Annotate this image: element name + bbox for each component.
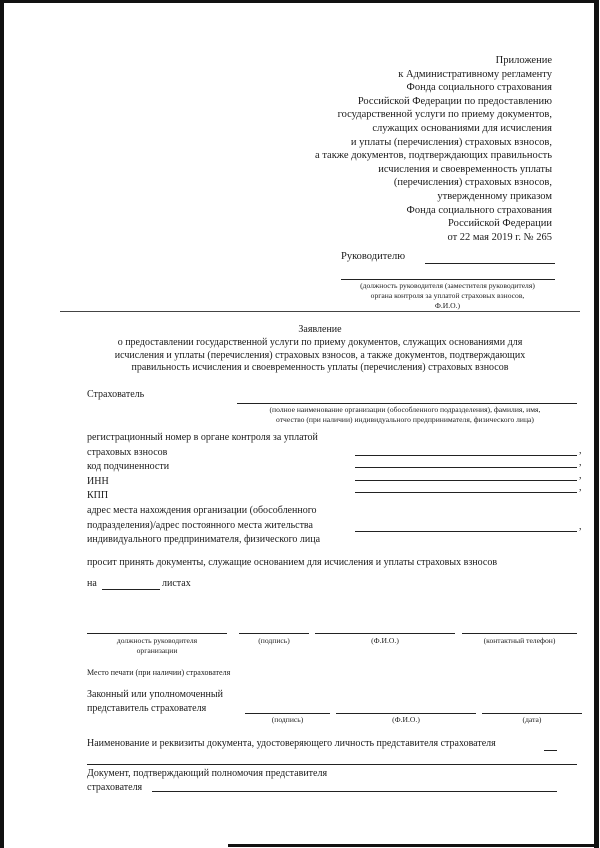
rep-name-caption: (Ф.И.О.) bbox=[336, 715, 476, 725]
header-line: Приложение bbox=[232, 54, 552, 68]
seal-note: Место печати (при наличии) страхователя bbox=[87, 668, 230, 677]
title-line: правильность исчисления и своевременност… bbox=[60, 362, 580, 375]
header-line: служащих основаниями для исчисления bbox=[232, 122, 552, 136]
label-line: Документ, подтверждающий полномочия пред… bbox=[87, 767, 327, 781]
kpp-label: КПП bbox=[87, 489, 320, 504]
header-line: от 22 мая 2019 г. № 265 bbox=[232, 231, 552, 245]
comma: , bbox=[579, 457, 582, 468]
authority-document-label: Документ, подтверждающий полномочия пред… bbox=[87, 767, 327, 794]
addressee-caption: (должность руководителя (заместителя рук… bbox=[330, 281, 565, 311]
scan-border-right bbox=[594, 0, 599, 848]
appendix-header: Приложение к Административному регламент… bbox=[232, 54, 552, 244]
reg-number-field[interactable] bbox=[355, 455, 577, 456]
address-label: адрес места нахождения организации (обос… bbox=[87, 504, 320, 519]
caption-line: (полное наименование организации (обособ… bbox=[225, 405, 585, 415]
scan-border-bottom bbox=[228, 844, 596, 847]
addressee-position-field[interactable] bbox=[341, 279, 555, 280]
id-document-field[interactable] bbox=[87, 764, 577, 765]
reg-number-label: страховых взносов bbox=[87, 446, 320, 461]
scan-border-left bbox=[0, 0, 4, 848]
header-line: Российской Федерации bbox=[232, 217, 552, 231]
statement-heading: Заявление bbox=[60, 324, 580, 337]
address-label: подразделения)/адрес постоянного места ж… bbox=[87, 519, 320, 534]
position-caption: должность руководителя организации bbox=[87, 636, 227, 656]
rep-name-field[interactable] bbox=[336, 713, 476, 714]
kpp-field[interactable] bbox=[355, 492, 577, 493]
section-divider bbox=[60, 311, 580, 312]
rep-date-caption: (дата) bbox=[482, 715, 582, 725]
caption-line: должность руководителя bbox=[87, 636, 227, 646]
title-line: о предоставлении государственной услуги … bbox=[60, 337, 580, 350]
subordination-code-label: код подчиненности bbox=[87, 460, 320, 475]
subordination-code-field[interactable] bbox=[355, 467, 577, 468]
comma: , bbox=[579, 470, 582, 481]
caption-line: (должность руководителя (заместителя рук… bbox=[330, 281, 565, 291]
sheets-label: листах bbox=[162, 578, 191, 591]
statement-title: о предоставлении государственной услуги … bbox=[60, 337, 580, 375]
rep-signature-field[interactable] bbox=[245, 713, 330, 714]
comma: , bbox=[579, 482, 582, 493]
sheets-count-field[interactable] bbox=[102, 589, 160, 590]
header-line: Российской Федерации по предоставлению bbox=[232, 95, 552, 109]
header-line: (перечисления) страховых взносов, bbox=[232, 176, 552, 190]
title-line: исчисления и уплаты (перечисления) страх… bbox=[60, 350, 580, 363]
label-line: Законный или уполномоченный bbox=[87, 688, 223, 702]
caption-line: органа контроля за уплатой страховых взн… bbox=[330, 291, 565, 301]
header-line: к Административному регламенту bbox=[232, 68, 552, 82]
rep-date-field[interactable] bbox=[482, 713, 582, 714]
sheets-on-label: на bbox=[87, 578, 97, 591]
header-line: государственной услуги по приему докумен… bbox=[232, 108, 552, 122]
address-label: индивидуального предпринимателя, физичес… bbox=[87, 533, 320, 548]
inn-field[interactable] bbox=[355, 480, 577, 481]
position-field[interactable] bbox=[87, 633, 227, 634]
registration-fields-labels: регистрационный номер в органе контроля … bbox=[87, 431, 320, 548]
id-document-label: Наименование и реквизиты документа, удос… bbox=[87, 738, 496, 751]
scan-border-top bbox=[0, 0, 596, 3]
header-line: и уплаты (перечисления) страховых взносо… bbox=[232, 136, 552, 150]
comma: , bbox=[579, 445, 582, 456]
id-document-field-start[interactable] bbox=[544, 750, 557, 751]
address-field[interactable] bbox=[355, 531, 577, 532]
reg-number-label: регистрационный номер в органе контроля … bbox=[87, 431, 320, 446]
header-line: а также документов, подтверждающих прави… bbox=[232, 149, 552, 163]
header-line: Фонда социального страхования bbox=[232, 204, 552, 218]
caption-line: Ф.И.О.) bbox=[330, 301, 565, 311]
insurer-label: Страхователь bbox=[87, 389, 144, 402]
insurer-caption: (полное наименование организации (обособ… bbox=[225, 405, 585, 425]
name-field[interactable] bbox=[315, 633, 455, 634]
addressee-field[interactable] bbox=[425, 263, 555, 264]
name-caption: (Ф.И.О.) bbox=[315, 636, 455, 646]
header-line: исчисления и своевременность уплаты bbox=[232, 163, 552, 177]
phone-caption: (контактный телефон) bbox=[462, 636, 577, 646]
insurer-name-field[interactable] bbox=[237, 403, 577, 404]
signature-caption: (подпись) bbox=[239, 636, 309, 646]
request-text: просит принять документы, служащие основ… bbox=[87, 557, 497, 570]
comma: , bbox=[579, 521, 582, 532]
phone-field[interactable] bbox=[462, 633, 577, 634]
caption-line: организации bbox=[87, 646, 227, 656]
inn-label: ИНН bbox=[87, 475, 320, 490]
rep-signature-caption: (подпись) bbox=[245, 715, 330, 725]
header-line: Фонда социального страхования bbox=[232, 81, 552, 95]
label-line: представитель страхователя bbox=[87, 702, 223, 716]
signature-field[interactable] bbox=[239, 633, 309, 634]
representative-label: Законный или уполномоченный представител… bbox=[87, 688, 223, 715]
caption-line: отчество (при наличии) индивидуального п… bbox=[225, 415, 585, 425]
addressee-label: Руководителю bbox=[341, 250, 405, 263]
authority-document-field[interactable] bbox=[152, 791, 557, 792]
header-line: утвержденному приказом bbox=[232, 190, 552, 204]
